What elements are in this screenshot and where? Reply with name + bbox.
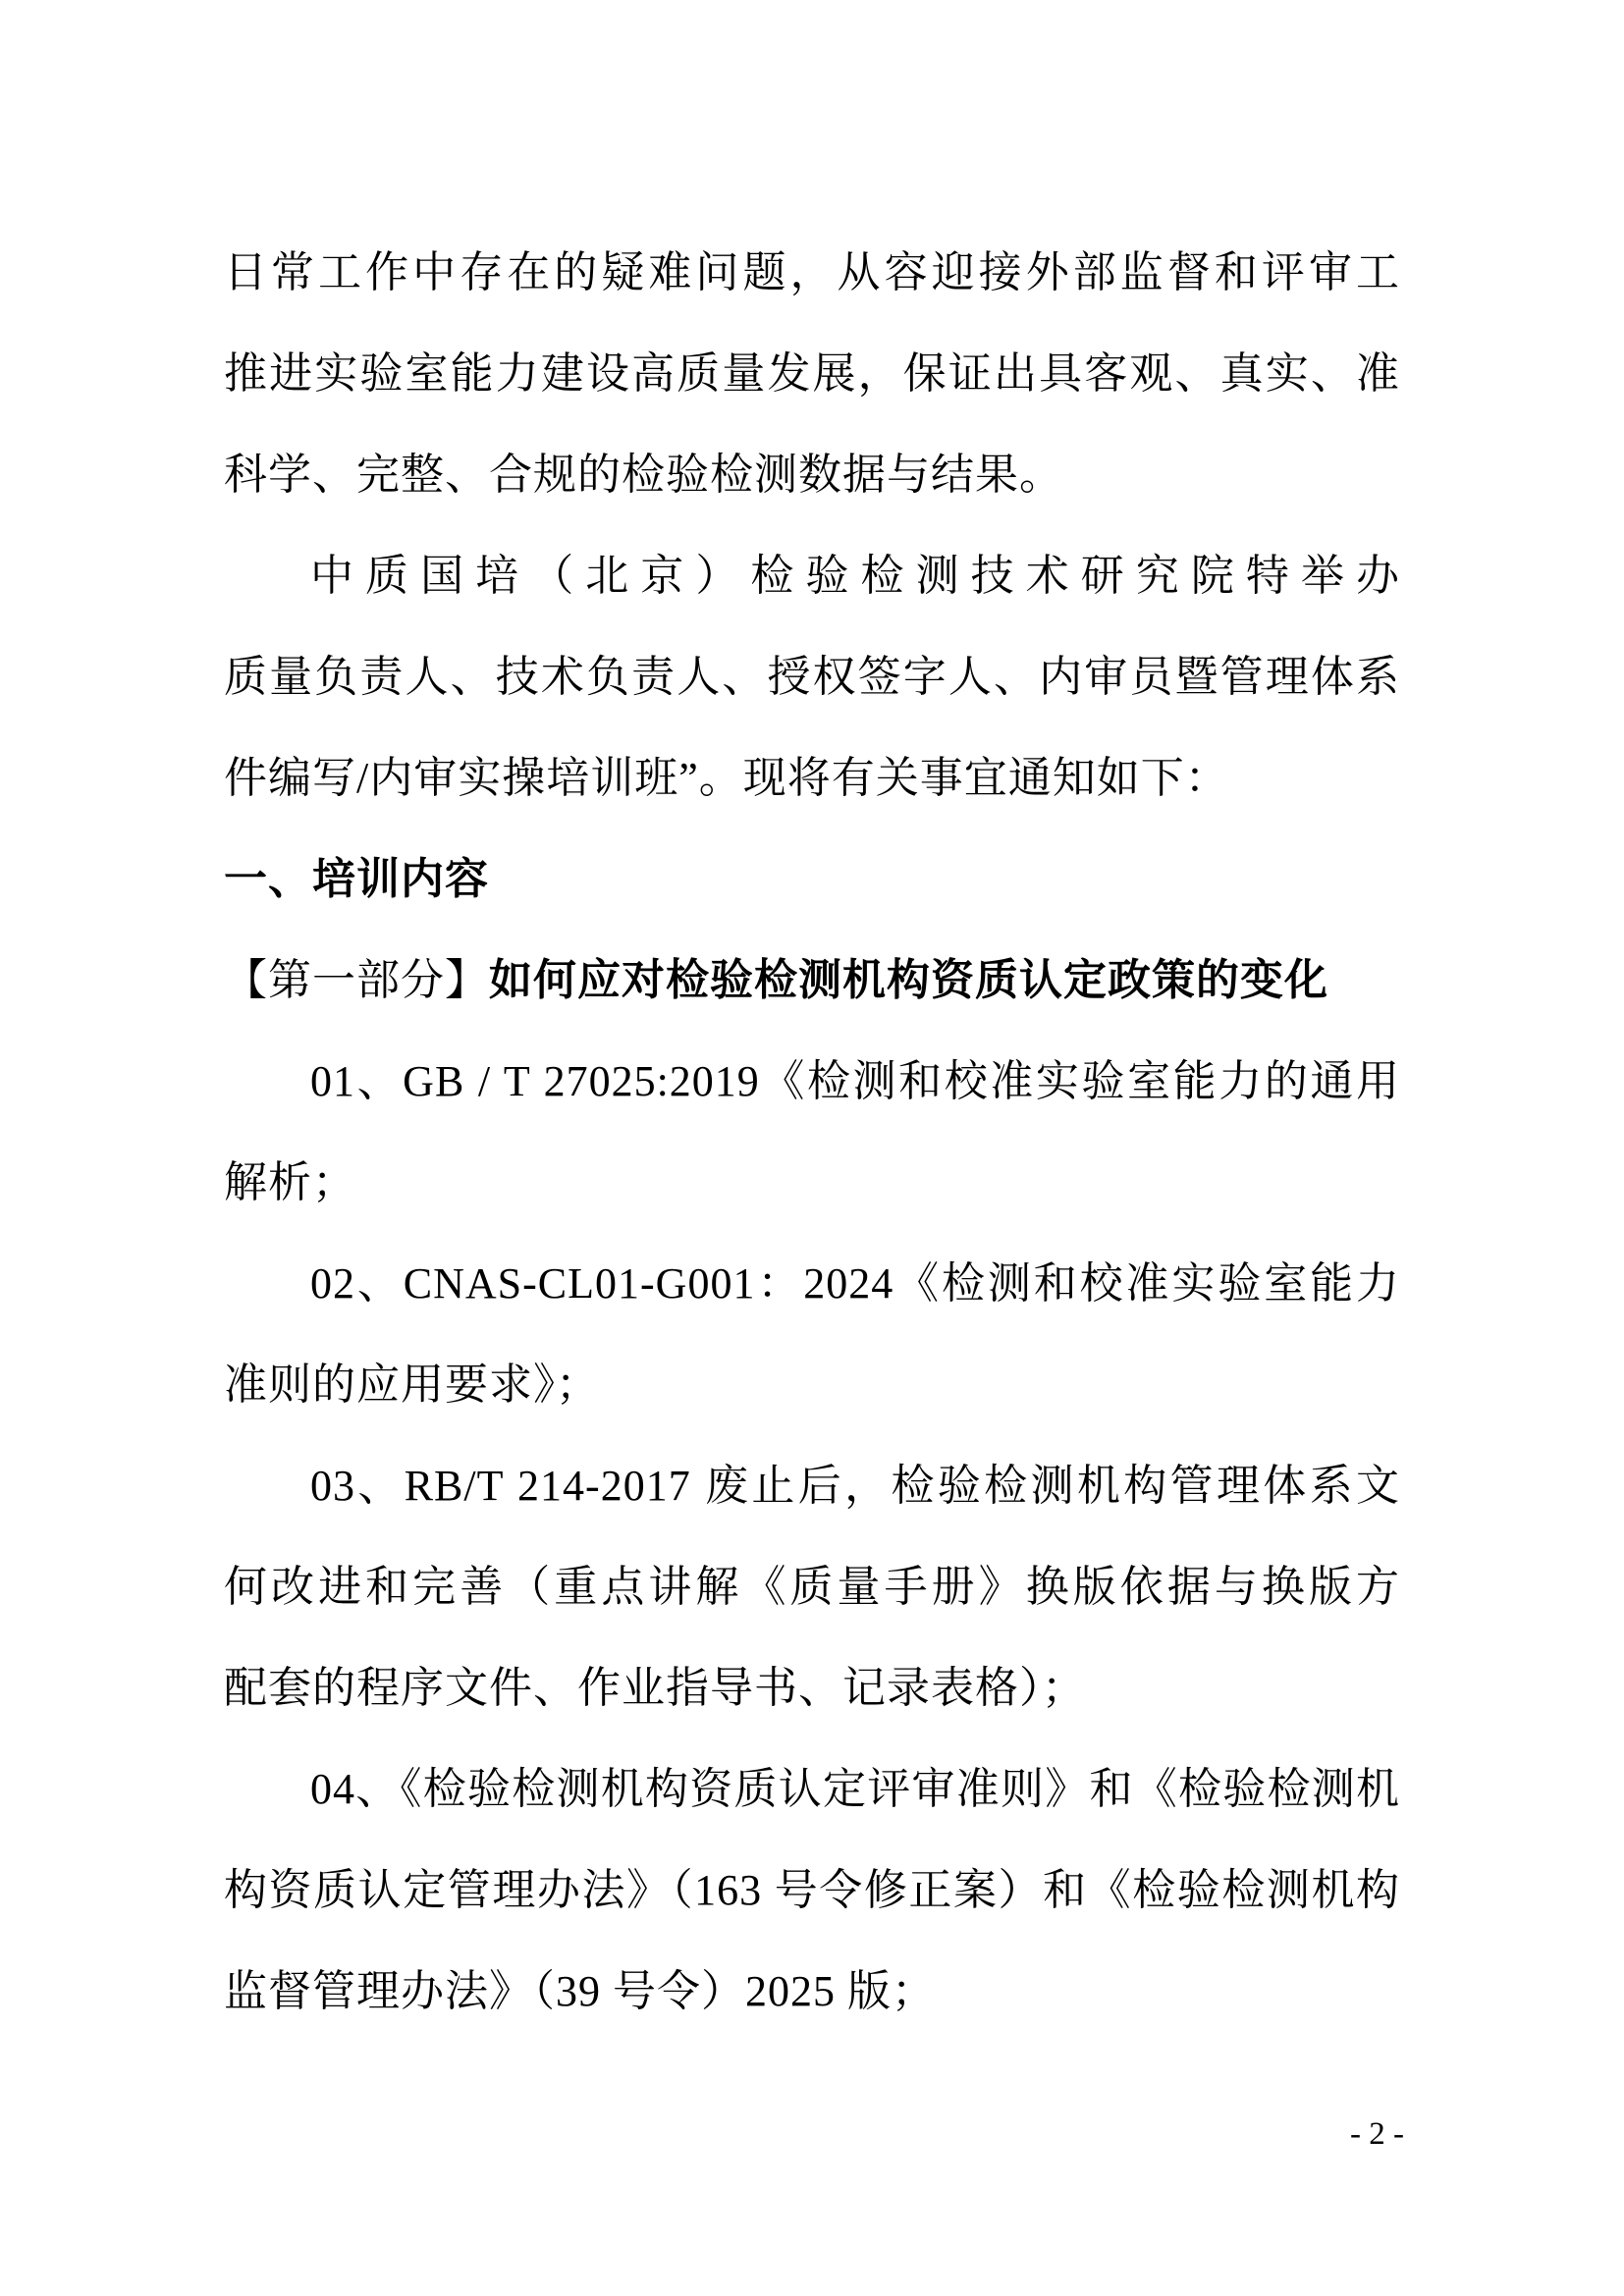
paragraph-line: 质量负责人、技术负责人、授权签字人、内审员暨管理体系文 — [224, 626, 1400, 727]
numbered-item-line: 02、CNAS-CL01-G001：2024《检测和校准实验室能力认可 — [224, 1233, 1400, 1334]
part-one-heading: 【第一部分】如何应对检验检测机构资质认定政策的变化 — [224, 930, 1400, 1031]
paragraph-line: 件编写/内审实操培训班”。现将有关事宜通知如下： — [224, 727, 1400, 828]
paragraph-line: 科学、完整、合规的检验检测数据与结果。 — [224, 424, 1400, 525]
numbered-item-line: 何改进和完善（重点讲解《质量手册》换版依据与换版方法、 — [224, 1536, 1400, 1637]
part-one-label: 【第一部分】 — [224, 956, 489, 1004]
numbered-item-line: 监督管理办法》（39 号令）2025 版； — [224, 1941, 1400, 2042]
numbered-item-line: 构资质认定管理办法》（163 号令修正案）和《检验检测机构 — [224, 1840, 1400, 1941]
page-number: - 2 - — [224, 2112, 1404, 2157]
document-page: 日常工作中存在的疑难问题，从容迎接外部监督和评审工作， 推进实验室能力建设高质量… — [0, 0, 1624, 2296]
numbered-item-line: 解析； — [224, 1132, 1400, 1233]
numbered-item-line: 03、RB/T 214-2017 废止后，检验检测机构管理体系文件如 — [224, 1435, 1400, 1536]
numbered-item-line: 配套的程序文件、作业指导书、记录表格）； — [224, 1637, 1400, 1738]
paragraph-line: 中质国培（北京）检验检测技术研究院特举办“CMA/CNAS — [224, 525, 1400, 626]
part-one-title: 如何应对检验检测机构资质认定政策的变化 — [489, 956, 1328, 1004]
numbered-item-line: 04、《检验检测机构资质认定评审准则》和《检验检测机 — [224, 1738, 1400, 1840]
section-heading-training-content: 一、培训内容 — [224, 828, 1400, 930]
document-body: 日常工作中存在的疑难问题，从容迎接外部监督和评审工作， 推进实验室能力建设高质量… — [224, 222, 1400, 2042]
numbered-item-line: 01、GB / T 27025:2019《检测和校准实验室能力的通用要求》 — [224, 1031, 1400, 1132]
paragraph-line: 推进实验室能力建设高质量发展，保证出具客观、真实、准确、 — [224, 323, 1400, 424]
paragraph-line: 日常工作中存在的疑难问题，从容迎接外部监督和评审工作， — [224, 222, 1400, 323]
numbered-item-line: 准则的应用要求》； — [224, 1334, 1400, 1435]
